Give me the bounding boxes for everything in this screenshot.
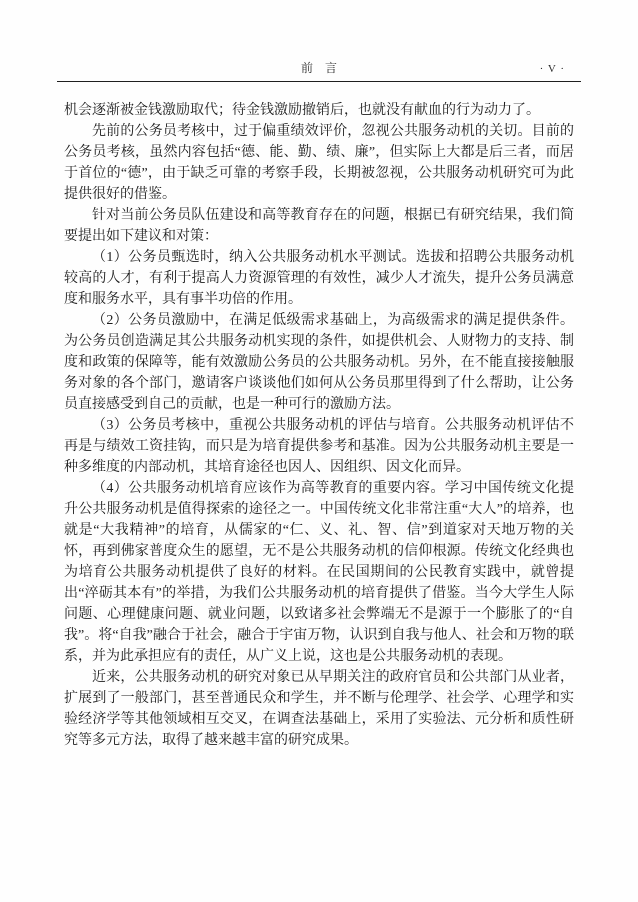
paragraph: （2）公务员激励中，在满足低级需求基础上，为高级需求的满足提供条件。为公务员创造… (64, 310, 574, 415)
body-text: 机会逐渐被金钱激励取代；待金钱激励撤销后，也就没有献血的行为动力了。先前的公务员… (64, 100, 574, 751)
paragraph: （4）公共服务动机培育应该作为高等教育的重要内容。学习中国传统文化提升公共服务动… (64, 478, 574, 667)
paragraph: 近来，公共服务动机的研究对象已从早期关注的政府官员和公共部门从业者，扩展到了一般… (64, 667, 574, 751)
page-number: · V · (540, 62, 565, 76)
header-rule (57, 81, 581, 82)
paragraph: 机会逐渐被金钱激励取代；待金钱激励撤销后，也就没有献血的行为动力了。 (64, 100, 574, 121)
paragraph: （1）公务员甄选时，纳入公共服务动机水平测试。选拔和招聘公共服务动机较高的人才，… (64, 247, 574, 310)
book-page: 前 言 · V · 机会逐渐被金钱激励取代；待金钱激励撤销后，也就没有献血的行为… (0, 0, 638, 902)
paragraph: 针对当前公务员队伍建设和高等教育存在的问题，根据已有研究结果，我们简要提出如下建… (64, 205, 574, 247)
paragraph: 先前的公务员考核中，过于偏重绩效评价，忽视公共服务动机的关切。目前的公务员考核，… (64, 121, 574, 205)
paragraph: （3）公务员考核中，重视公共服务动机的评估与培育。公共服务动机评估不再是与绩效工… (64, 415, 574, 478)
